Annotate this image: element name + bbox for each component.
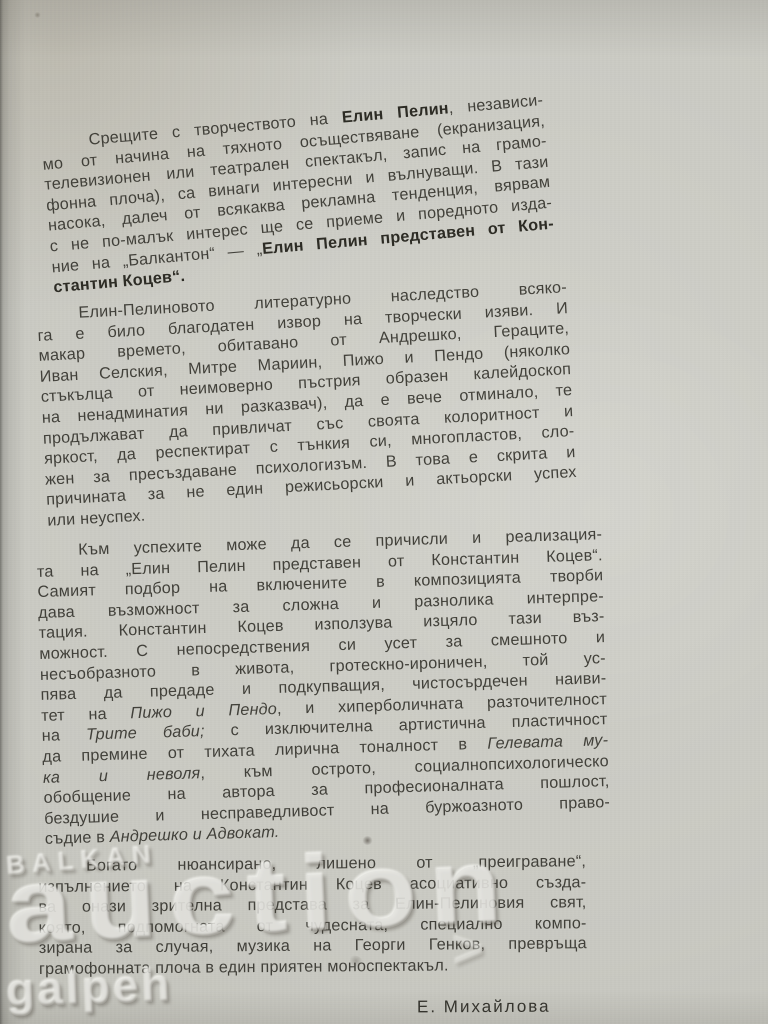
text-segment: Трите баби; xyxy=(86,722,205,744)
paragraph-2: Елин-Пелиновото литературно наследство в… xyxy=(36,277,578,531)
text-segment: Гелевата му- xyxy=(487,731,608,753)
signature: Е. Михайлова xyxy=(417,997,551,1018)
text-segment: Пижо и Пендо xyxy=(130,700,277,722)
text-line: грамофонната плоча в един приятен моносп… xyxy=(39,954,587,979)
text-segment: или неуспех. xyxy=(47,507,146,530)
text-segment: ва онази зрителна представа за Елин-Пели… xyxy=(38,893,586,916)
paragraph-4: Богато нюансирано, лишено от „преиграван… xyxy=(38,851,587,979)
text-segment: Андрешко и Адвокат. xyxy=(109,823,279,846)
paragraph-1: Срещите с творчеството на Елин Пелин, не… xyxy=(40,90,556,298)
text-segment: зирана за случая, музика на Георги Генко… xyxy=(39,935,587,958)
text-segment: тет на xyxy=(41,704,131,725)
text-segment: съдие в xyxy=(45,828,110,848)
photographed-liner-notes-page: Срещите с творчеството на Елин Пелин, не… xyxy=(0,0,768,1024)
text-segment: ка и неволя xyxy=(43,764,201,787)
text-segment: на xyxy=(42,726,87,745)
text-segment: грамофонната плоча в един приятен моносп… xyxy=(39,956,449,978)
text-segment: Богато нюансирано, лишено от „преиграван… xyxy=(86,852,586,874)
paragraph-3: Към успехите може да се причисли и реали… xyxy=(36,524,611,850)
text-layer: Срещите с творчеството на Елин Пелин, не… xyxy=(0,0,768,1024)
